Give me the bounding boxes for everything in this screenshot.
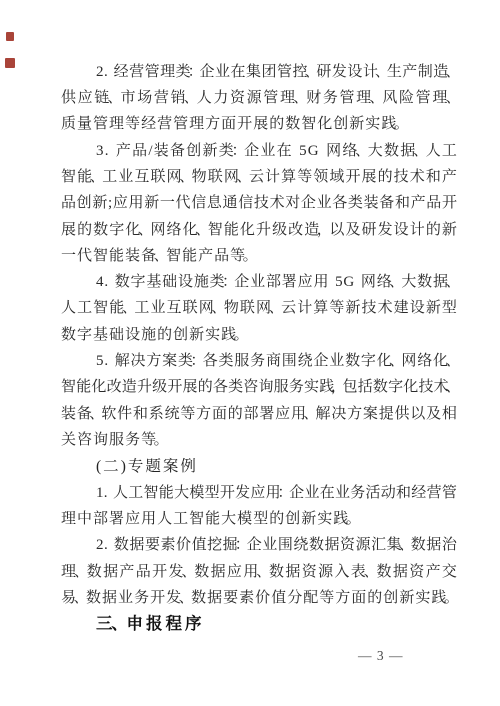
red-stamp-mark xyxy=(5,58,15,68)
text-line-09: 4. 数字基础设施类：企业部署应用 5G 网络、大数据、 xyxy=(61,270,457,296)
text-line-03: 质量管理等经营管理方面开展的数智化创新实践。 xyxy=(61,112,457,138)
text-line-17: 1. 人工智能大模型开发应用：企业在业务活动和经营管 xyxy=(61,480,457,506)
section-heading: 三、申报程序 xyxy=(61,612,457,638)
red-stamp-mark xyxy=(6,32,14,41)
document-body: 2. 经营管理类：企业在集团管控、研发设计、生产制造、 供应链、市场营销、人力资… xyxy=(61,59,457,638)
text-line-02: 供应链、市场营销、人力资源管理、财务管理、风险管理、 xyxy=(61,85,457,111)
text-line-07: 展的数字化、网络化、智能化升级改造，以及研发设计的新 xyxy=(61,217,457,243)
document-page: 2. 经营管理类：企业在集团管控、研发设计、生产制造、 供应链、市场营销、人力资… xyxy=(0,0,500,706)
text-line-18: 理中部署应用人工智能大模型的创新实践。 xyxy=(61,506,457,532)
subsection-heading: (二)专题案例 xyxy=(61,454,457,480)
text-line-21: 易、数据业务开发、数据要素价值分配等方面的创新实践。 xyxy=(61,585,457,611)
text-line-15: 关咨询服务等。 xyxy=(61,427,457,453)
text-line-05: 智能、工业互联网、物联网、云计算等领域开展的技术和产 xyxy=(61,164,457,190)
text-line-20: 理、数据产品开发、数据应用、数据资源入表、数据资产交 xyxy=(61,559,457,585)
text-line-10: 人工智能、工业互联网、物联网、云计算等新技术建设新型 xyxy=(61,296,457,322)
text-line-04: 3. 产品/装备创新类：企业在 5G 网络、大数据、人工 xyxy=(61,138,457,164)
text-line-11: 数字基础设施的创新实践。 xyxy=(61,322,457,348)
text-line-08: 一代智能装备、智能产品等。 xyxy=(61,243,457,269)
text-line-13: 智能化改造升级开展的各类咨询服务实践，包括数字化技术、 xyxy=(61,375,457,401)
text-line-06: 品创新;应用新一代信息通信技术对企业各类装备和产品开 xyxy=(61,191,457,217)
page-number: — 3 — xyxy=(358,648,404,664)
text-line-01: 2. 经营管理类：企业在集团管控、研发设计、生产制造、 xyxy=(61,59,457,85)
text-line-14: 装备、软件和系统等方面的部署应用、解决方案提供以及相 xyxy=(61,401,457,427)
text-line-12: 5. 解决方案类：各类服务商围绕企业数字化、网络化、 xyxy=(61,348,457,374)
text-line-19: 2. 数据要素价值挖掘：企业围绕数据资源汇集、数据治 xyxy=(61,533,457,559)
